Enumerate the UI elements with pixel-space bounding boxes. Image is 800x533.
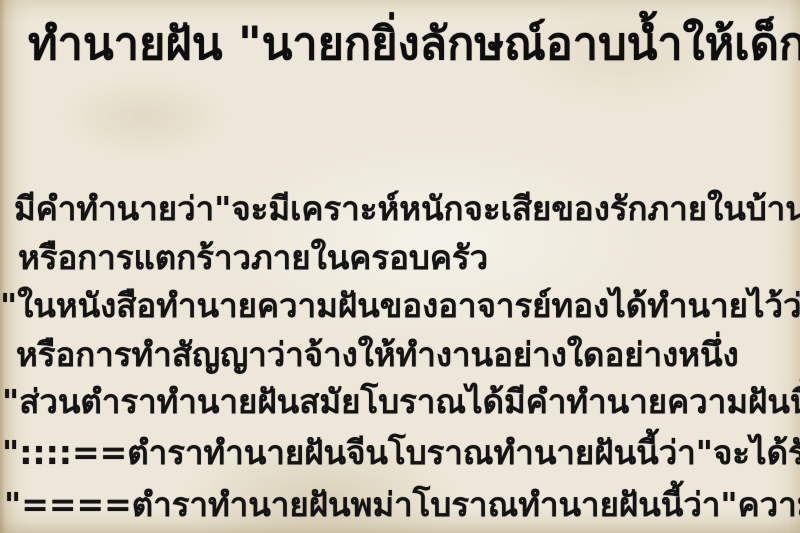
- body-line-2: หรือการแตกร้าวภายในครอบครัว: [18, 237, 488, 280]
- body-line-4: หรือการทำสัญญาว่าจ้างให้ทำงานอย่างใดอย่า…: [16, 334, 739, 377]
- body-line-1: มีคำทำนายว่า"จะมีเคราะห์หนักจะเสียของรัก…: [14, 188, 800, 231]
- body-line-6: "::::==ตำราทำนายฝันจีนโบราณทำนายฝันนี้ว่…: [2, 432, 800, 475]
- body-line-5: "ส่วนตำราทำนายฝันสมัยโบราณได้มีคำทำนายคว…: [2, 381, 800, 424]
- page-title: ทำนายฝัน "นายกยิ่งลักษณ์อาบน้ำให้เด็ก": [28, 12, 800, 75]
- body-line-7: "====ตำราทำนายฝันพม่าโบราณทำนายฝันนี้ว่า…: [4, 484, 800, 527]
- body-line-3: "ในหนังสือทำนายความฝันของอาจารย์ทองได้ทำ…: [0, 285, 800, 328]
- paper-page: ทำนายฝัน "นายกยิ่งลักษณ์อาบน้ำให้เด็ก" ม…: [0, 0, 800, 533]
